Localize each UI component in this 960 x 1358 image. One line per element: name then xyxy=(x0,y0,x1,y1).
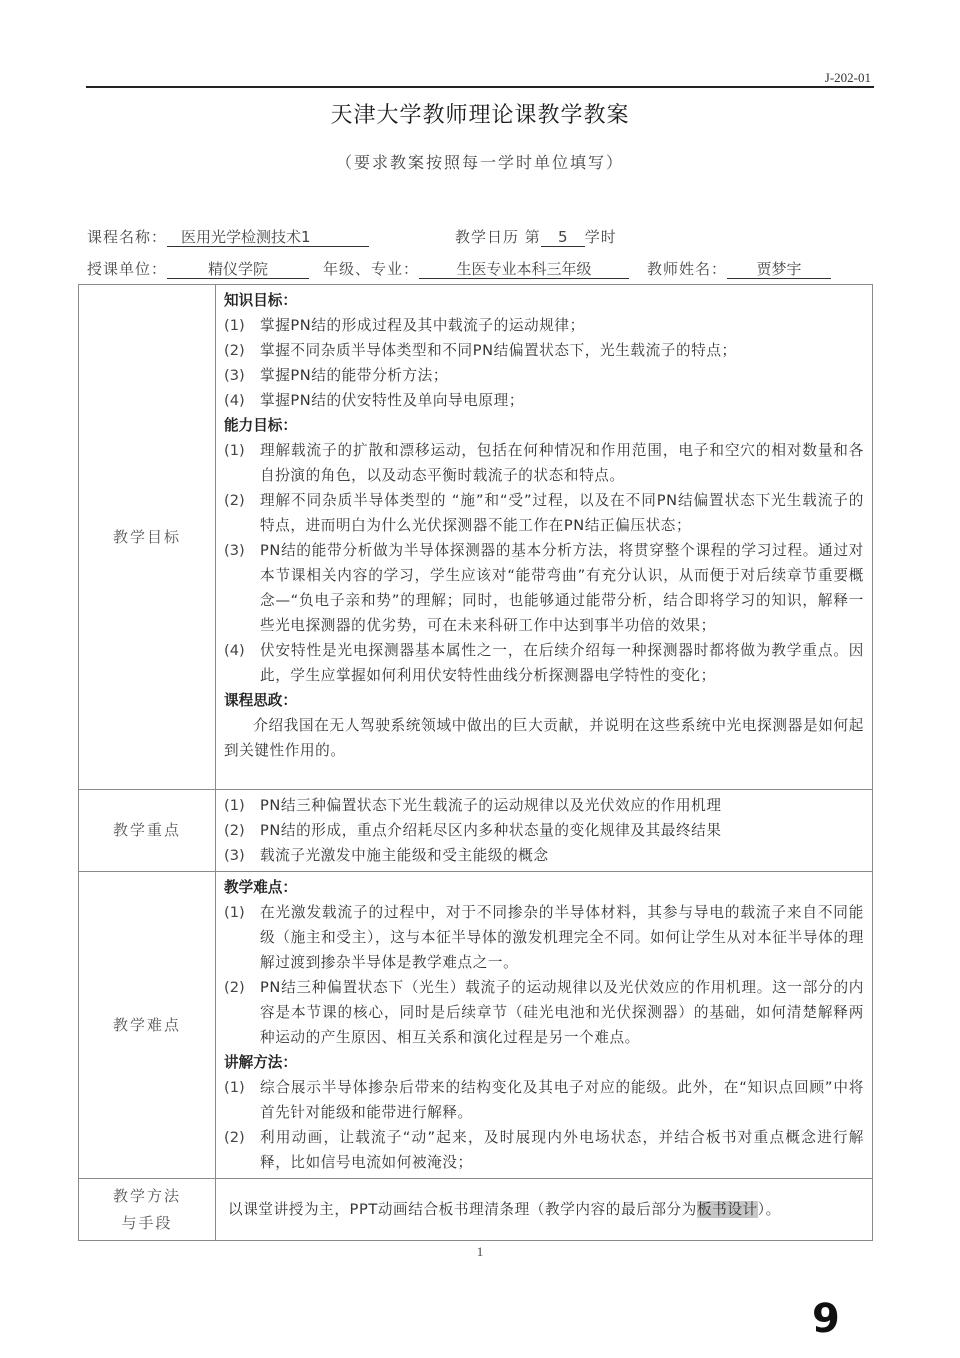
methods-text-end: ）。 xyxy=(758,1201,781,1218)
list-item: (4)伏安特性是光电探测器基本属性之一，在后续介绍每一种探测器时都将做为教学重点… xyxy=(224,638,864,688)
item-number: (2) xyxy=(224,488,260,538)
item-text: 利用动画，让载流子“动”起来，及时展现内外电场状态，并结合板书对重点概念进行解释… xyxy=(260,1125,864,1175)
row-difficulties: 教学难点 教学难点： (1)在光激发载流子的过程中，对于不同掺杂的半导体材料，其… xyxy=(79,872,873,1179)
list-item: (2)PN结的形成，重点介绍耗尽区内多种状态量的变化规律及其最终结果 xyxy=(224,818,864,843)
item-text: PN结的形成，重点介绍耗尽区内多种状态量的变化规律及其最终结果 xyxy=(260,818,864,843)
document-code: J-202-01 xyxy=(825,70,871,86)
item-number: (2) xyxy=(224,1125,260,1175)
item-text: 理解不同杂质半导体类型的 “施”和“受”过程，以及在不同PN结偏置状态下光生载流… xyxy=(260,488,864,538)
list-item: (1)在光激发载流子的过程中，对于不同掺杂的半导体材料，其参与导电的载流子来自不… xyxy=(224,900,864,975)
item-text: 掌握PN结的形成过程及其中载流子的运动规律； xyxy=(260,313,864,338)
knowledge-heading: 知识目标： xyxy=(224,288,864,313)
course-name-value: 医用光学检测技术1 xyxy=(167,228,369,247)
item-number: (3) xyxy=(224,843,260,868)
key-points-label: 教学重点 xyxy=(79,790,216,872)
teacher-value: 贾梦宇 xyxy=(727,260,831,279)
list-item: (2)掌握不同杂质半导体类型和不同PN结偏置状态下，光生载流子的特点； xyxy=(224,338,864,363)
item-number: (4) xyxy=(224,388,260,413)
ideology-text: 介绍我国在无人驾驶系统领域中做出的巨大贡献，并说明在这些系统中光电探测器是如何起… xyxy=(224,713,864,763)
difficulties-content: 教学难点： (1)在光激发载流子的过程中，对于不同掺杂的半导体材料，其参与导电的… xyxy=(216,872,873,1179)
list-item: (2)PN结三种偏置状态下（光生）载流子的运动规律以及光伏效应的作用机理。这一部… xyxy=(224,975,864,1050)
item-text: 伏安特性是光电探测器基本属性之一，在后续介绍每一种探测器时都将做为教学重点。因此… xyxy=(260,638,864,688)
key-points-content: (1)PN结三种偏置状态下光生载流子的运动规律以及光伏效应的作用机理 (2)PN… xyxy=(216,790,873,872)
methods-text: 以课堂讲授为主，PPT动画结合板书理清条理（教学内容的最后部分为 xyxy=(228,1201,697,1218)
item-text: 掌握不同杂质半导体类型和不同PN结偏置状态下，光生载流子的特点； xyxy=(260,338,864,363)
item-number: (2) xyxy=(224,818,260,843)
item-number: (1) xyxy=(224,900,260,975)
method-heading: 讲解方法： xyxy=(224,1050,864,1075)
list-item: (1)PN结三种偏置状态下光生载流子的运动规律以及光伏效应的作用机理 xyxy=(224,793,864,818)
row-objectives: 教学目标 知识目标： (1)掌握PN结的形成过程及其中载流子的运动规律； (2)… xyxy=(79,285,873,790)
item-text: 掌握PN结的伏安特性及单向导电原理； xyxy=(260,388,864,413)
item-number: (2) xyxy=(224,338,260,363)
highlighted-text: 板书设计 xyxy=(697,1201,758,1218)
calendar-label: 教学日历 第 xyxy=(455,226,541,247)
list-item: (1)综合展示半导体掺杂后带来的结构变化及其电子对应的能级。此外，在“知识点回顾… xyxy=(224,1075,864,1125)
unit-value: 精仪学院 xyxy=(167,260,309,279)
ideology-heading: 课程思政： xyxy=(224,688,864,713)
item-text: PN结的能带分析做为半导体探测器的基本分析方法，将贯穿整个课程的学习过程。通过对… xyxy=(260,538,864,638)
item-number: (3) xyxy=(224,363,260,388)
list-item: (4)掌握PN结的伏安特性及单向导电原理； xyxy=(224,388,864,413)
methods-label-line2: 与手段 xyxy=(80,1210,214,1237)
lesson-plan-table: 教学目标 知识目标： (1)掌握PN结的形成过程及其中载流子的运动规律； (2)… xyxy=(78,284,873,1241)
item-number: (4) xyxy=(224,638,260,688)
grade-label: 年级、专业： xyxy=(323,258,419,279)
list-item: (1)掌握PN结的形成过程及其中载流子的运动规律； xyxy=(224,313,864,338)
teacher-label: 教师姓名： xyxy=(647,258,727,279)
methods-content: 以课堂讲授为主，PPT动画结合板书理清条理（教学内容的最后部分为板书设计）。 xyxy=(216,1179,873,1241)
list-item: (3)掌握PN结的能带分析方法； xyxy=(224,363,864,388)
header-rule xyxy=(86,86,874,88)
item-number: (1) xyxy=(224,313,260,338)
page-title: 天津大学教师理论课教学教案 xyxy=(0,98,960,129)
item-number: (2) xyxy=(224,975,260,1050)
objectives-label: 教学目标 xyxy=(79,285,216,790)
item-text: 掌握PN结的能带分析方法； xyxy=(260,363,864,388)
grade-value: 生医专业本科三年级 xyxy=(419,260,629,279)
period-value: 5 xyxy=(541,228,585,247)
page-number: 1 xyxy=(0,1244,960,1260)
meta-row-course: 课程名称： 医用光学检测技术1 教学日历 第 5 学时 xyxy=(87,226,617,247)
list-item: (3)PN结的能带分析做为半导体探测器的基本分析方法，将贯穿整个课程的学习过程。… xyxy=(224,538,864,638)
row-key-points: 教学重点 (1)PN结三种偏置状态下光生载流子的运动规律以及光伏效应的作用机理 … xyxy=(79,790,873,872)
list-item: (2)理解不同杂质半导体类型的 “施”和“受”过程，以及在不同PN结偏置状态下光… xyxy=(224,488,864,538)
period-unit: 学时 xyxy=(585,226,617,247)
list-item: (3)载流子光激发中施主能级和受主能级的概念 xyxy=(224,843,864,868)
item-number: (3) xyxy=(224,538,260,638)
list-item: (2)利用动画，让载流子“动”起来，及时展现内外电场状态，并结合板书对重点概念进… xyxy=(224,1125,864,1175)
list-item: (1)理解载流子的扩散和漂移运动，包括在何种情况和作用范围，电子和空穴的相对数量… xyxy=(224,438,864,488)
item-text: PN结三种偏置状态下（光生）载流子的运动规律以及光伏效应的作用机理。这一部分的内… xyxy=(260,975,864,1050)
methods-label-line1: 教学方法 xyxy=(80,1183,214,1210)
objectives-content: 知识目标： (1)掌握PN结的形成过程及其中载流子的运动规律； (2)掌握不同杂… xyxy=(216,285,873,790)
item-text: 在光激发载流子的过程中，对于不同掺杂的半导体材料，其参与导电的载流子来自不同能级… xyxy=(260,900,864,975)
page-subtitle: （要求教案按照每一学时单位填写） xyxy=(0,150,960,173)
item-text: 综合展示半导体掺杂后带来的结构变化及其电子对应的能级。此外，在“知识点回顾”中将… xyxy=(260,1075,864,1125)
item-text: 理解载流子的扩散和漂移运动，包括在何种情况和作用范围，电子和空穴的相对数量和各自… xyxy=(260,438,864,488)
course-name-label: 课程名称： xyxy=(87,226,167,247)
meta-row-unit: 授课单位： 精仪学院 年级、专业： 生医专业本科三年级 教师姓名： 贾梦宇 xyxy=(87,258,831,279)
ability-heading: 能力目标： xyxy=(224,413,864,438)
item-number: (1) xyxy=(224,438,260,488)
unit-label: 授课单位： xyxy=(87,258,167,279)
methods-label: 教学方法 与手段 xyxy=(79,1179,216,1241)
difficulty-heading: 教学难点： xyxy=(224,875,864,900)
item-number: (1) xyxy=(224,1075,260,1125)
difficulties-label: 教学难点 xyxy=(79,872,216,1179)
item-text: PN结三种偏置状态下光生载流子的运动规律以及光伏效应的作用机理 xyxy=(260,793,864,818)
overlay-page-number: 9 xyxy=(812,1296,840,1342)
row-methods: 教学方法 与手段 以课堂讲授为主，PPT动画结合板书理清条理（教学内容的最后部分… xyxy=(79,1179,873,1241)
item-text: 载流子光激发中施主能级和受主能级的概念 xyxy=(260,843,864,868)
item-number: (1) xyxy=(224,793,260,818)
